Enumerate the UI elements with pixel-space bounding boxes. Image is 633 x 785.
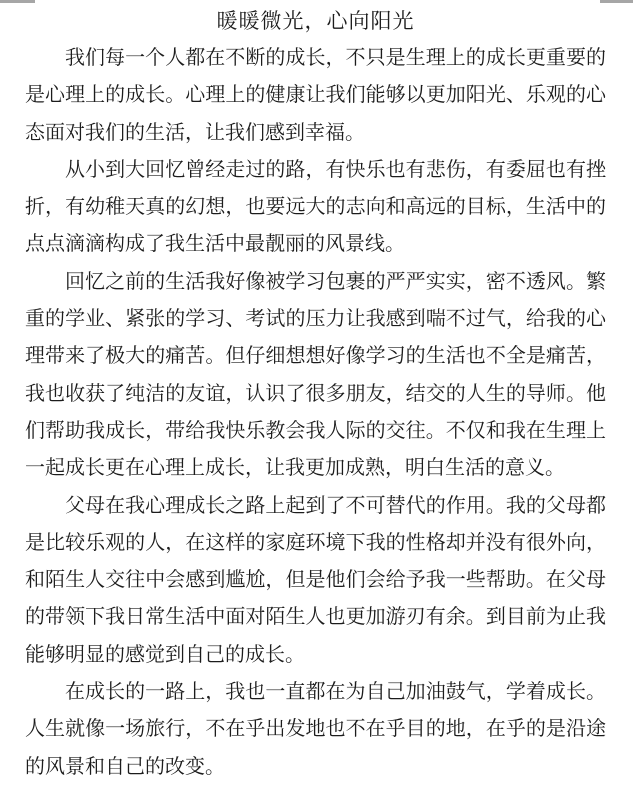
- essay-paragraph-5: 在成长的一路上，我也一直都在为自己加油鼓气，学着成长。人生就像一场旅行，不在乎出…: [25, 674, 606, 785]
- essay-paragraph-1: 我们每一个人都在不断的成长，不只是生理上的成长更重要的是心理上的成长。心理上的健…: [25, 40, 606, 152]
- essay-paragraph-2: 从小到大回忆曾经走过的路，有快乐也有悲伤，有委屈也有挫折，有幼稚天真的幻想，也要…: [25, 152, 606, 264]
- essay-paragraph-3: 回忆之前的生活我好像被学习包裹的严严实实，密不透风。繁重的学业、紧张的学习、考试…: [25, 264, 606, 488]
- document-page: 暖暖微光，心向阳光 我们每一个人都在不断的成长，不只是生理上的成长更重要的是心理…: [0, 0, 633, 785]
- essay-paragraph-4: 父母在我心理成长之路上起到了不可替代的作用。我的父母都是比较乐观的人，在这样的家…: [25, 488, 606, 674]
- essay-title: 暖暖微光，心向阳光: [25, 3, 606, 40]
- essay-body: 暖暖微光，心向阳光 我们每一个人都在不断的成长，不只是生理上的成长更重要的是心理…: [25, 3, 606, 785]
